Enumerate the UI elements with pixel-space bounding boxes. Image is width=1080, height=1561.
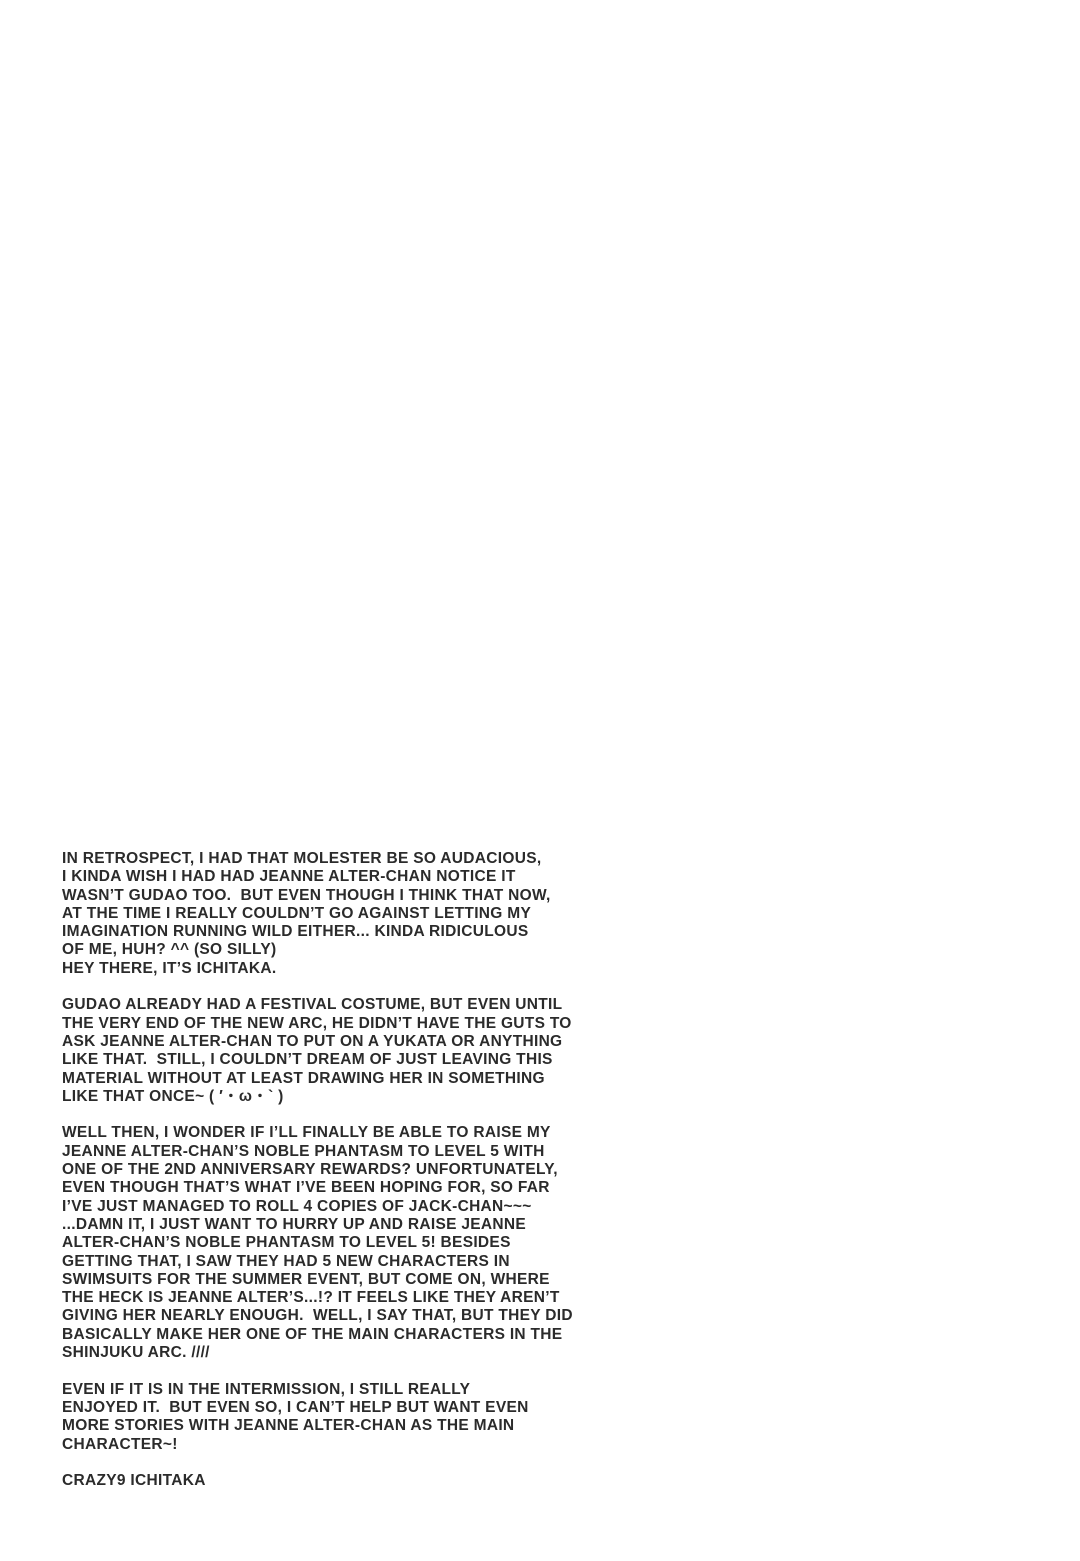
manga-afterword-page: IN RETROSPECT, I HAD THAT MOLESTER BE SO… bbox=[0, 0, 1080, 1561]
afterword-paragraph-1: IN RETROSPECT, I HAD THAT MOLESTER BE SO… bbox=[62, 850, 742, 978]
afterword-paragraph-3: WELL THEN, I WONDER IF I’LL FINALLY BE A… bbox=[62, 1124, 742, 1362]
afterword-paragraph-4: EVEN IF IT IS IN THE INTERMISSION, I STI… bbox=[62, 1381, 742, 1454]
author-signature: CRAZY9 ICHITAKA bbox=[62, 1472, 742, 1490]
afterword-paragraph-2: GUDAO ALREADY HAD A FESTIVAL COSTUME, BU… bbox=[62, 996, 742, 1106]
afterword-text-block: IN RETROSPECT, I HAD THAT MOLESTER BE SO… bbox=[62, 850, 742, 1490]
